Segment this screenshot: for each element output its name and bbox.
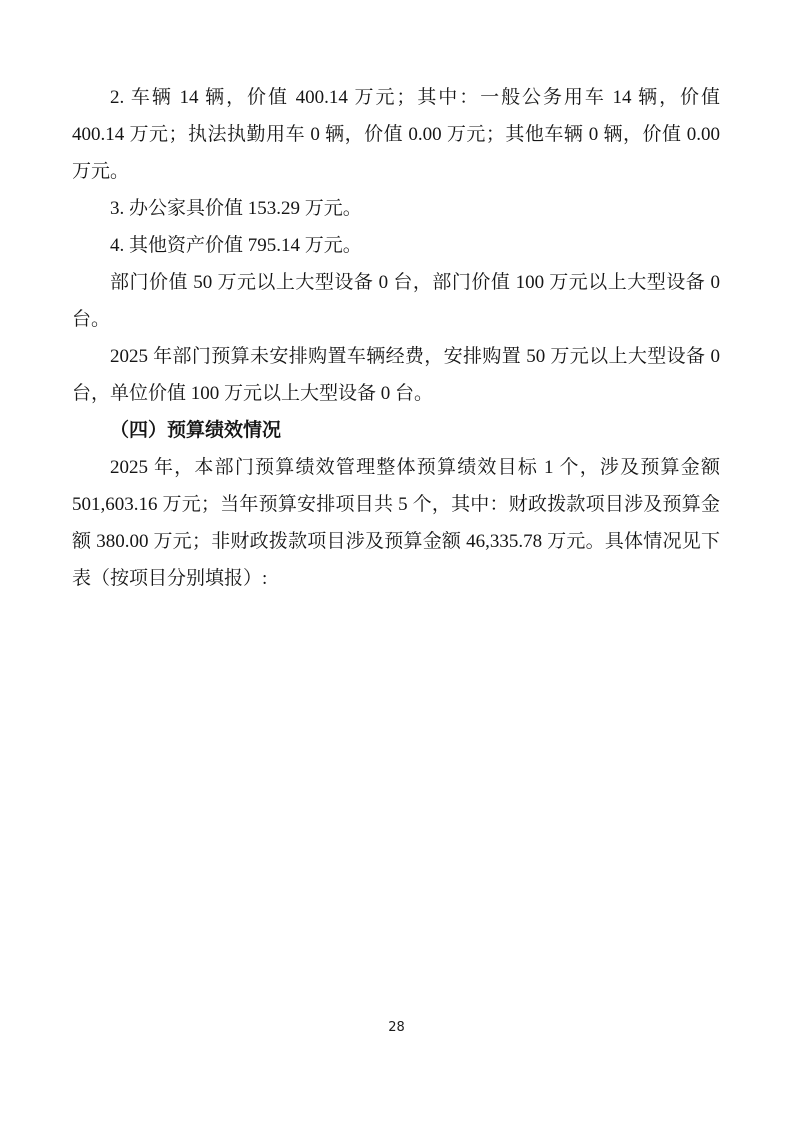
document-page: 2. 车辆 14 辆，价值 400.14 万元；其中：一般公务用车 14 辆，价…: [0, 0, 793, 1122]
paragraph-2025-procurement-plan: 2025 年部门预算未安排购置车辆经费，安排购置 50 万元以上大型设备 0 台…: [72, 338, 720, 412]
paragraph-other-assets-value: 4. 其他资产价值 795.14 万元。: [72, 227, 720, 264]
document-body: 2. 车辆 14 辆，价值 400.14 万元；其中：一般公务用车 14 辆，价…: [72, 79, 720, 597]
section-heading-budget-performance: （四）预算绩效情况: [72, 412, 720, 449]
paragraph-large-equipment-counts: 部门价值 50 万元以上大型设备 0 台，部门价值 100 万元以上大型设备 0…: [72, 264, 720, 338]
page-number: 28: [0, 1020, 793, 1035]
paragraph-budget-performance-overview: 2025 年，本部门预算绩效管理整体预算绩效目标 1 个，涉及预算金额 501,…: [72, 449, 720, 597]
paragraph-office-furniture-value: 3. 办公家具价值 153.29 万元。: [72, 190, 720, 227]
paragraph-vehicles-value: 2. 车辆 14 辆，价值 400.14 万元；其中：一般公务用车 14 辆，价…: [72, 79, 720, 190]
